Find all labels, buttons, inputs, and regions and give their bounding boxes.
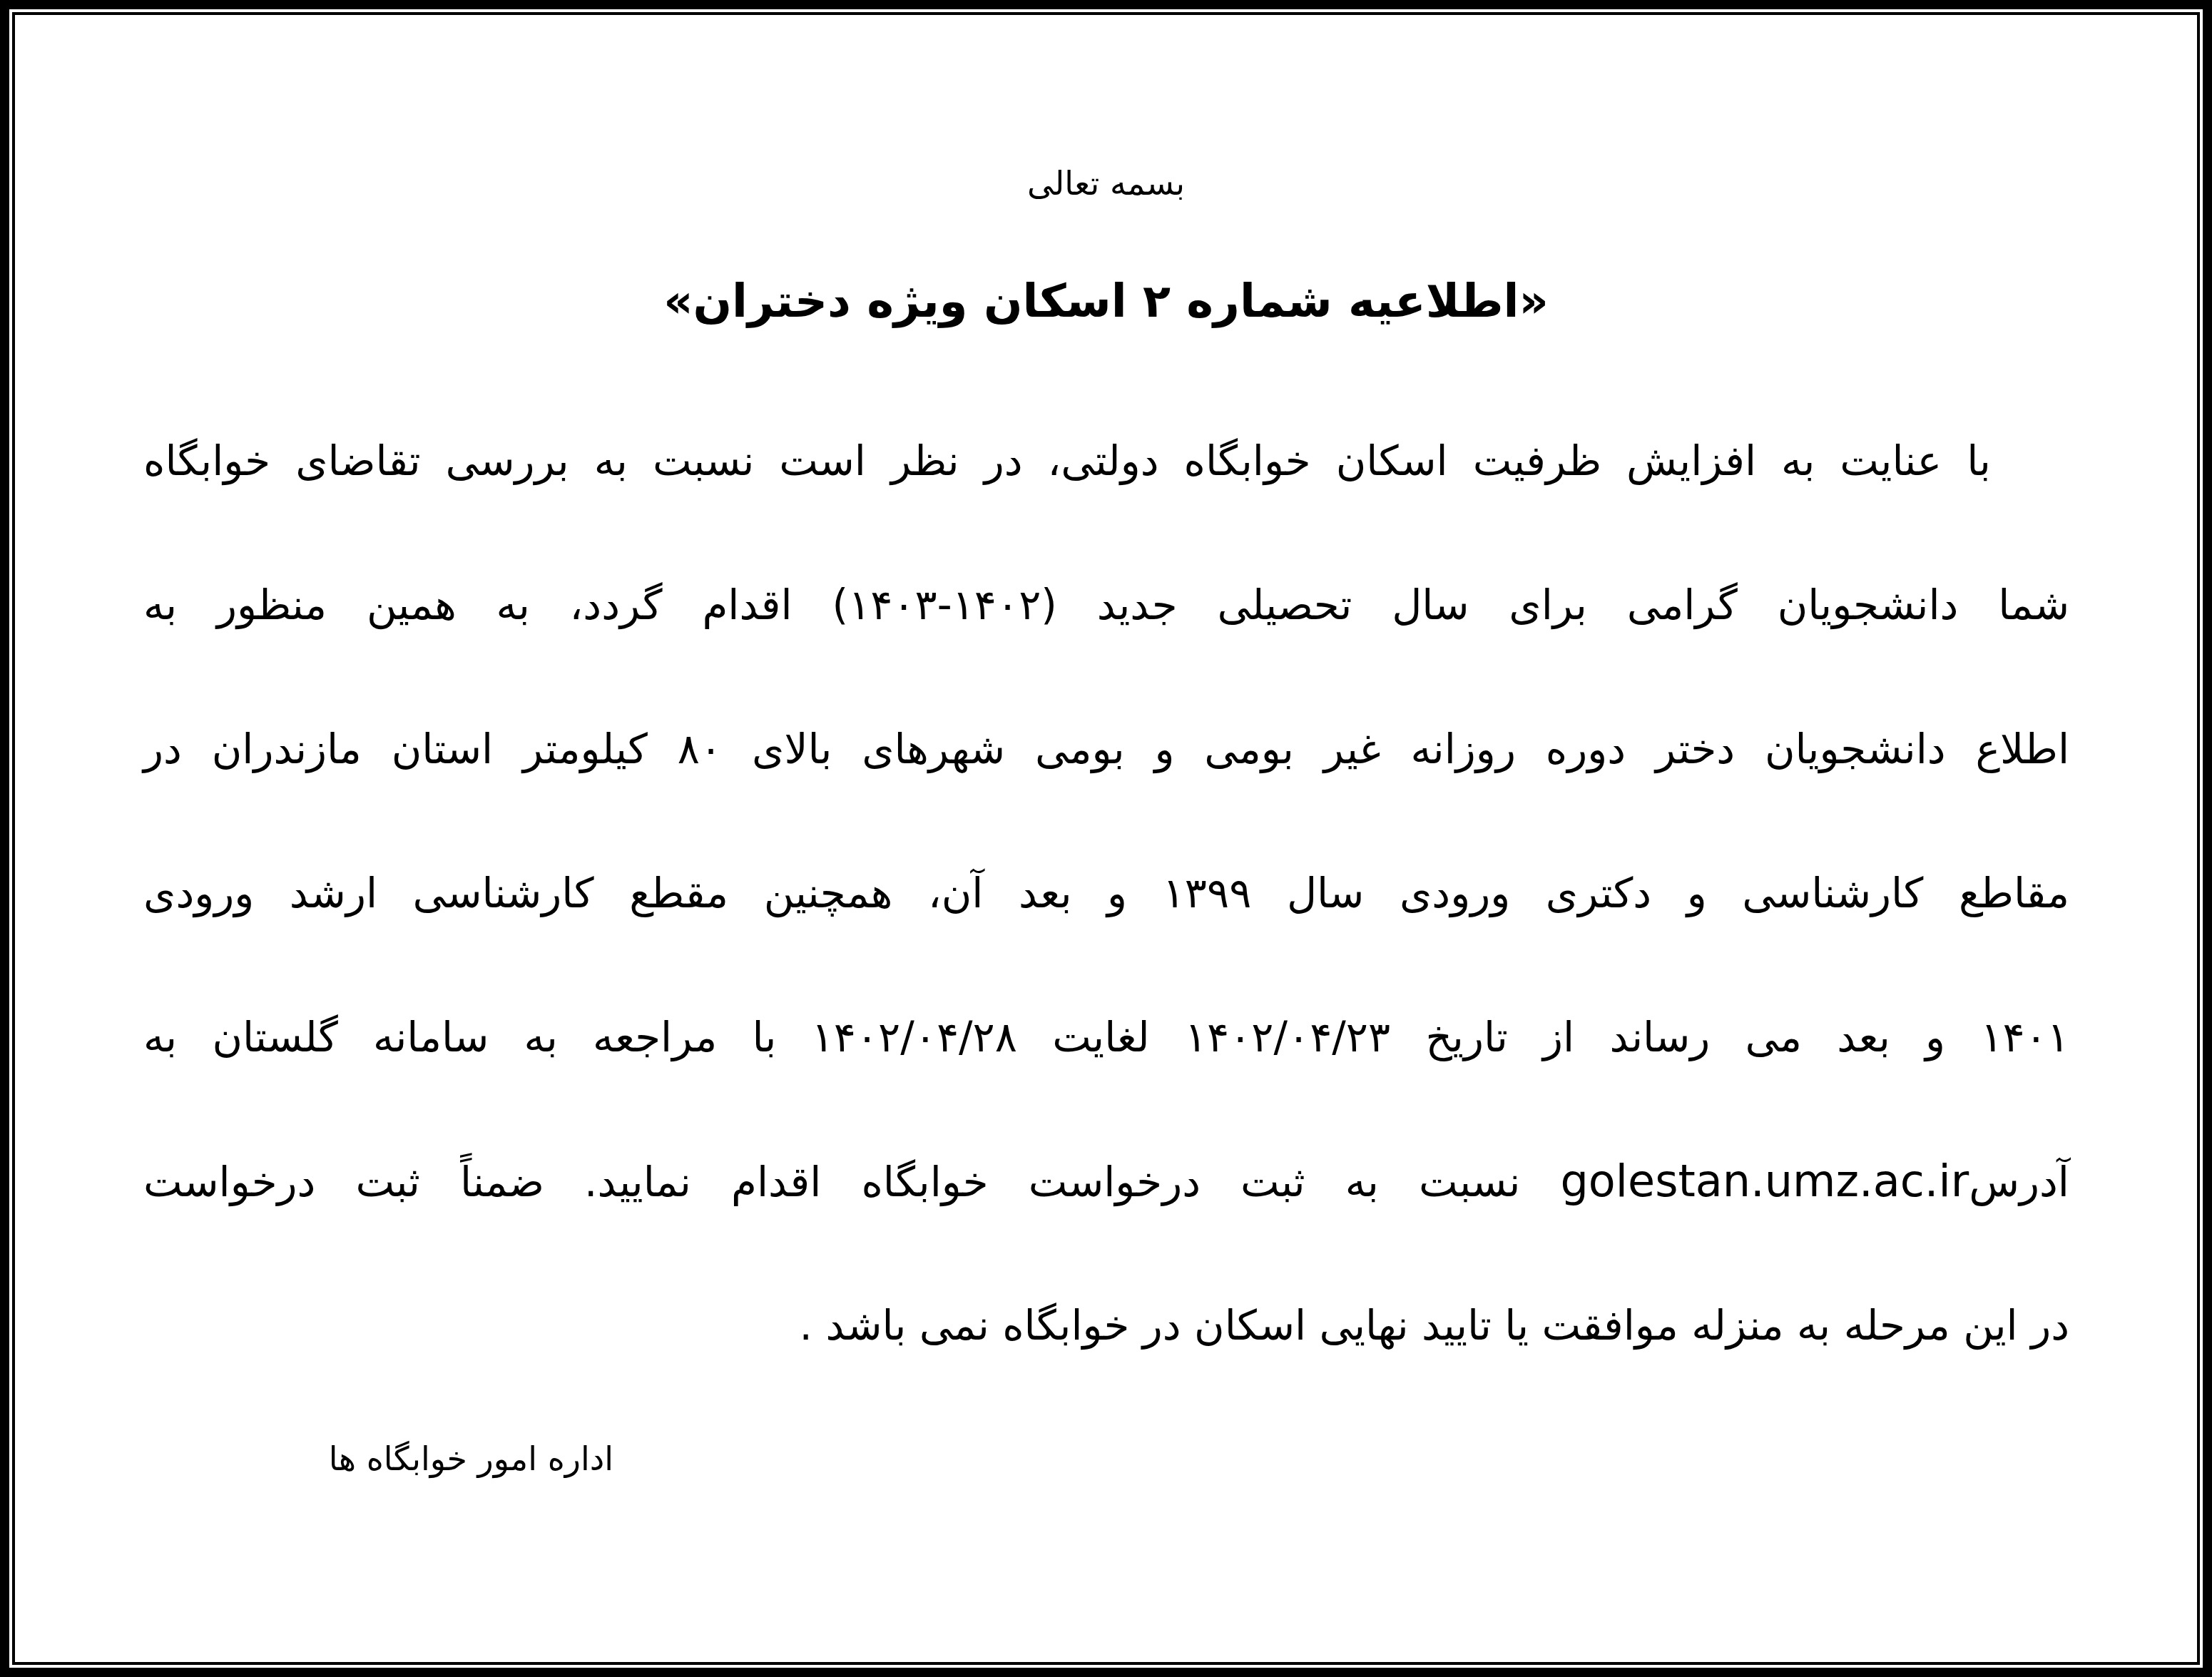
body-line-2: شما دانشجویان گرامی برای سال تحصیلی جدید…	[143, 533, 2069, 677]
body-line-1: با عنایت به افزایش ظرفیت اسکان خوابگاه د…	[143, 389, 2069, 533]
body-line-4: مقاطع کارشناسی و دکتری ورودی سال ۱۳۹۹ و …	[143, 821, 2069, 965]
signature-office: اداره امور خوابگاه ها	[285, 1430, 613, 1487]
body-line-7: در این مرحله به منزله موافقت یا تایید نه…	[568, 1253, 2069, 1397]
body-line-6: آدرسgolestan.umz.ac.ir نسبت به ثبت درخوا…	[143, 1109, 2069, 1253]
body-line-3: اطلاع دانشجویان دختر دوره روزانه غیر بوم…	[143, 677, 2069, 821]
announcement-document: بسمه تعالی «اطلاعیه شماره ۲ اسکان ویژه د…	[0, 0, 2212, 1677]
address-label: آدرس	[1969, 1158, 2069, 1206]
body-line-6-text: نسبت به ثبت درخواست خوابگاه اقدام نمایید…	[143, 1158, 1561, 1206]
announcement-body: با عنایت به افزایش ظرفیت اسکان خوابگاه د…	[143, 389, 2069, 1397]
greeting-heading: بسمه تعالی	[0, 158, 2212, 208]
golestan-url-link[interactable]: golestan.umz.ac.ir	[1561, 1155, 1969, 1207]
body-line-5: ۱۴۰۱ و بعد می رساند از تاریخ ۱۴۰۲/۰۴/۲۳ …	[143, 965, 2069, 1109]
announcement-title: «اطلاعیه شماره ۲ اسکان ویژه دختران»	[0, 270, 2212, 334]
